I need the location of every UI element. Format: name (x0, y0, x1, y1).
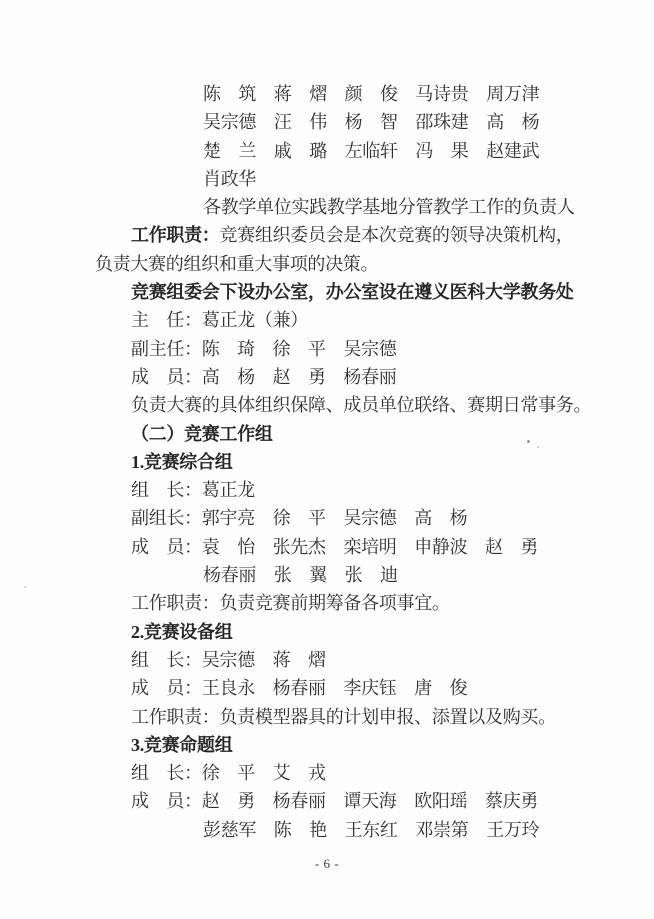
name-list-row: 楚 兰 戚 璐 左临轩 冯 果 赵建武 (95, 137, 640, 165)
group-members-line: 成 员：王良永 杨春丽 李庆钰 唐 俊 (95, 674, 640, 702)
group-members-line: 成 员：袁 怡 张先杰 栾培明 申静波 赵 勇 (95, 533, 640, 561)
roster-note-line: 各教学单位实践教学基地分管教学工作的负责人 (95, 193, 640, 221)
group-deputy-line: 副组长：郭宇亮 徐 平 吴宗德 高 杨 (95, 504, 640, 532)
document-body: 陈 筑 蒋 熠 颜 俊 马诗贵 周万津 吴宗德 汪 伟 杨 智 邵珠建 高 杨 … (95, 80, 640, 844)
duty-paragraph-line2: 负责大赛的组织和重大事项的决策。 (95, 250, 640, 278)
duty-paragraph-line1: 工作职责：竞赛组织委员会是本次竞赛的领导决策机构， (95, 221, 640, 249)
document-page: 陈 筑 蒋 熠 颜 俊 马诗贵 周万津 吴宗德 汪 伟 杨 智 邵珠建 高 杨 … (0, 0, 654, 919)
name-list-row: 陈 筑 蒋 熠 颜 俊 马诗贵 周万津 (95, 80, 640, 108)
group-members-line: 成 员：赵 勇 杨春丽 谭天海 欧阳瑶 蔡庆勇 (95, 787, 640, 815)
group-leader-line: 组 长：吴宗德 蒋 熠 (95, 646, 640, 674)
duty-text: 竞赛组织委员会是本次竞赛的领导决策机构， (220, 225, 574, 245)
office-deputy-line: 副主任：陈 琦 徐 平 吴宗德 (95, 335, 640, 363)
name-list-row: 吴宗德 汪 伟 杨 智 邵珠建 高 杨 (95, 108, 640, 136)
footer-page-number: - 6 - (0, 856, 654, 872)
name-list-row: 肖政华 (95, 165, 640, 193)
group-leader-line: 组 长：葛正龙 (95, 476, 640, 504)
group-leader-line: 组 长：徐 平 艾 戎 (95, 759, 640, 787)
group-duty-line: 工作职责：负责模型器具的计划申报、添置以及购买。 (95, 703, 640, 731)
scan-speck (527, 440, 530, 443)
office-members-line: 成 员：高 杨 赵 勇 杨春丽 (95, 363, 640, 391)
group-heading: 2.竞赛设备组 (95, 618, 640, 646)
scan-speck (537, 446, 539, 448)
section-heading: （二）竞赛工作组 (95, 420, 640, 448)
duty-label: 工作职责： (131, 225, 220, 245)
group-heading: 1.竞赛综合组 (95, 448, 640, 476)
group-members-continuation-line: 彭慈军 陈 艳 王东红 邓崇第 王万玲 (95, 816, 640, 844)
office-setup-line: 竞赛组委会下设办公室，办公室设在遵义医科大学教务处 (95, 278, 640, 306)
group-heading: 3.竞赛命题组 (95, 731, 640, 759)
office-director-line: 主 任：葛正龙（兼） (95, 306, 640, 334)
group-duty-line: 工作职责：负责竞赛前期筹备各项事宜。 (95, 589, 640, 617)
scan-speck (24, 586, 27, 588)
office-duty-line: 负责大赛的具体组织保障、成员单位联络、赛期日常事务。 (95, 391, 640, 419)
group-members-continuation-line: 杨春丽 张 翼 张 迪 (95, 561, 640, 589)
